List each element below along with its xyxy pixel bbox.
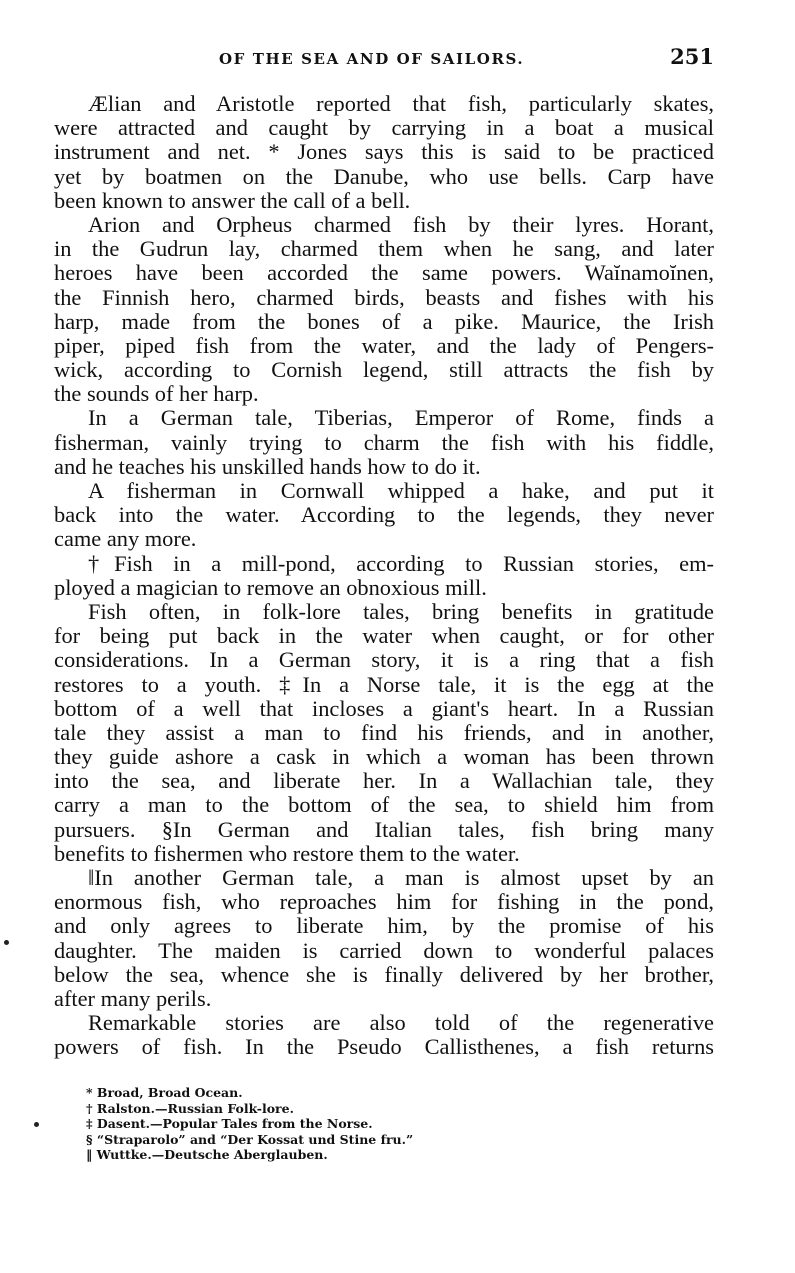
paragraph-6-line: pursuers. §In German and Italian tales, … bbox=[54, 818, 714, 842]
paragraph-1-line: were attracted and caught by carrying in… bbox=[54, 116, 714, 140]
page-number: 251 bbox=[670, 44, 714, 69]
paragraph-3-line: In a German tale, Tiberias, Emperor of R… bbox=[54, 406, 714, 430]
margin-speck-mark bbox=[4, 940, 9, 945]
footnote-dagger: † Ralston.—Russian Folk-lore. bbox=[86, 1101, 486, 1117]
paragraph-3-line: and he teaches his unskilled hands how t… bbox=[54, 455, 714, 479]
body-text: Ælian and Aristotle reported that fish, … bbox=[54, 92, 714, 1060]
paragraph-6-line: for being put back in the water when cau… bbox=[54, 624, 714, 648]
margin-speck-mark bbox=[34, 1122, 39, 1127]
paragraph-2-line: harp, made from the bones of a pike. Mau… bbox=[54, 310, 714, 334]
paragraph-2-line: in the Gudrun lay, charmed them when he … bbox=[54, 237, 714, 261]
paragraph-2-line: piper, piped fish from the water, and th… bbox=[54, 334, 714, 358]
paragraph-2-line: heroes have been accorded the same power… bbox=[54, 261, 714, 285]
paragraph-4-line: came any more. bbox=[54, 527, 714, 551]
paragraph-4-line: A fisherman in Cornwall whipped a hake, … bbox=[54, 479, 714, 503]
paragraph-7-line: after many perils. bbox=[54, 987, 714, 1011]
footnote-asterisk: * Broad, Broad Ocean. bbox=[86, 1085, 486, 1101]
paragraph-7-line: ‖In another German tale, a man is almost… bbox=[54, 866, 714, 890]
paragraph-1-line: been known to answer the call of a bell. bbox=[54, 189, 714, 213]
paragraph-6-line: bottom of a well that incloses a giant's… bbox=[54, 697, 714, 721]
running-title: OF THE SEA AND OF SAILORS. bbox=[219, 50, 524, 68]
paragraph-6-line: Fish often, in folk-lore tales, bring be… bbox=[54, 600, 714, 624]
paragraph-5-line: †Fish in a mill-pond, according to Russi… bbox=[54, 552, 714, 576]
paragraph-1-line: instrument and net. * Jones says this is… bbox=[54, 140, 714, 164]
footnotes: * Broad, Broad Ocean. † Ralston.—Russian… bbox=[86, 1085, 486, 1163]
paragraph-7-line: below the sea, whence she is finally del… bbox=[54, 963, 714, 987]
paragraph-1-line: Ælian and Aristotle reported that fish, … bbox=[54, 92, 714, 116]
paragraph-7-line: daughter. The maiden is carried down to … bbox=[54, 939, 714, 963]
paragraph-6-line: restores to a youth. ‡In a Norse tale, i… bbox=[54, 673, 714, 697]
footnote-parallel: ‖ Wuttke.—Deutsche Aberglauben. bbox=[86, 1147, 486, 1163]
paragraph-2-line: the Finnish hero, charmed birds, beasts … bbox=[54, 286, 714, 310]
paragraph-8-line: Remarkable stories are also told of the … bbox=[54, 1011, 714, 1035]
paragraph-6-line: carry a man to the bottom of the sea, to… bbox=[54, 793, 714, 817]
footnote-double-dagger: ‡ Dasent.—Popular Tales from the Norse. bbox=[86, 1116, 486, 1132]
footnote-section: § “Straparolo” and “Der Kossat und Stine… bbox=[86, 1132, 486, 1148]
paragraph-2-line: the sounds of her harp. bbox=[54, 382, 714, 406]
paragraph-2-line: wick, according to Cornish legend, still… bbox=[54, 358, 714, 382]
paragraph-7-line: and only agrees to liberate him, by the … bbox=[54, 914, 714, 938]
paragraph-8-line: powers of fish. In the Pseudo Callisthen… bbox=[54, 1035, 714, 1059]
paragraph-6-line: into the sea, and liberate her. In a Wal… bbox=[54, 769, 714, 793]
paragraph-3-line: fisherman, vainly trying to charm the fi… bbox=[54, 431, 714, 455]
paragraph-2-line: Arion and Orpheus charmed fish by their … bbox=[54, 213, 714, 237]
paragraph-6-line: benefits to fishermen who restore them t… bbox=[54, 842, 714, 866]
paragraph-5-line: ployed a magician to remove an obnoxious… bbox=[54, 576, 714, 600]
running-head: OF THE SEA AND OF SAILORS. 251 bbox=[54, 44, 714, 74]
paragraph-7-line: enormous fish, who reproaches him for fi… bbox=[54, 890, 714, 914]
paragraph-6-line: they guide ashore a cask in which a woma… bbox=[54, 745, 714, 769]
paragraph-6-line: tale they assist a man to find his frien… bbox=[54, 721, 714, 745]
paragraph-6-line: considerations. In a German story, it is… bbox=[54, 648, 714, 672]
paragraph-4-line: back into the water. According to the le… bbox=[54, 503, 714, 527]
paragraph-1-line: yet by boatmen on the Danube, who use be… bbox=[54, 165, 714, 189]
